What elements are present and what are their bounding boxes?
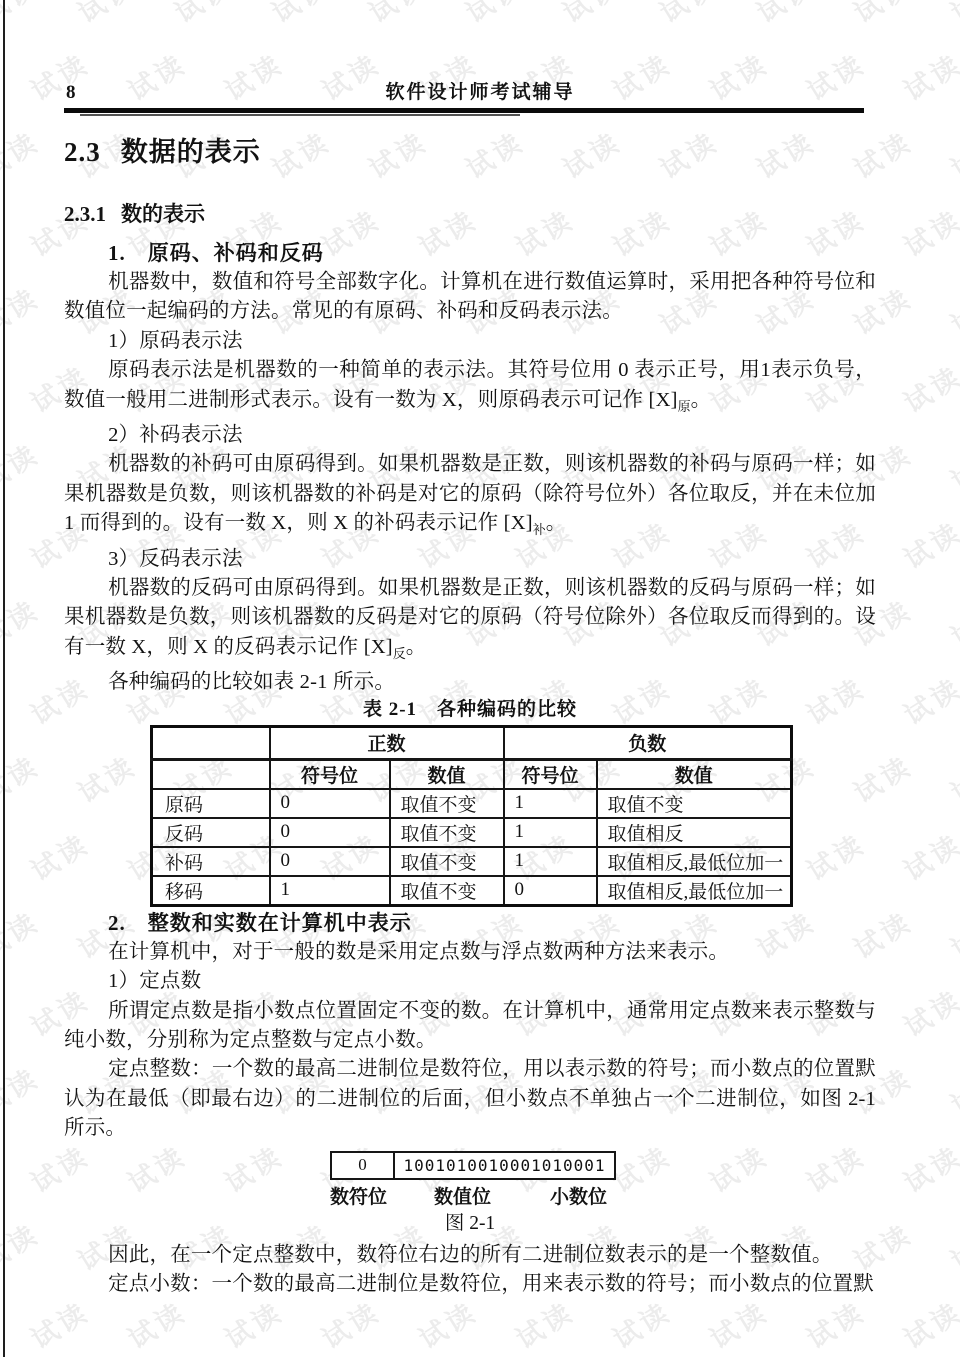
cell: 1 — [504, 789, 597, 818]
watermark: 试读 — [798, 1291, 871, 1357]
paragraph-fanma-text: 机器数的反码可由原码得到。如果机器数是正数，则该机器数的反码与原码一样；如果机器… — [64, 577, 876, 658]
table-column-header-row: 符号位 数值 符号位 数值 — [152, 759, 792, 789]
item-heading-1: 1. 原码、补码和反码 — [64, 241, 876, 265]
paragraph-fixed-float-intro: 在计算机中，对于一般的数是采用定点数与浮点数两种方法来表示。 — [64, 938, 876, 967]
watermark: 试读 — [895, 1291, 960, 1357]
paragraph-buma: 机器数的补码可由原码得到。如果机器数是正数，则该机器数的补码与原码一样；如果机器… — [64, 450, 876, 544]
cell: 取值不变 — [390, 847, 504, 876]
figure-2-1: 0 1001010010001010001 数符位 数值位 小数位 图 2-1 — [64, 1151, 876, 1235]
paragraph-yuanma: 原码表示法是机器数的一种简单的表示法。其符号位用 0 表示正号，用1表示负号，数… — [64, 356, 876, 421]
table-row-yuanma: 原码 0 取值不变 1 取值不变 — [152, 789, 792, 818]
cell: 0 — [504, 876, 597, 906]
cell: 0 — [270, 818, 390, 847]
list-item-yuanma: 1）原码表示法 — [64, 327, 876, 356]
watermark: 试读 — [410, 1291, 483, 1357]
document-page: 8 软件设计师考试辅导 2.3数据的表示 2.3.1数的表示 1. 原码、补码和… — [0, 0, 960, 1299]
subscript-bu: 补 — [533, 522, 546, 537]
label-value-bits: 数值位 — [434, 1182, 491, 1209]
paragraph-fanma-end: 。 — [406, 636, 427, 658]
col-header-sign-neg: 符号位 — [504, 759, 597, 789]
watermark: 试读 — [701, 1291, 774, 1357]
paragraph-yuanma-text: 原码表示法是机器数的一种简单的表示法。其符号位用 0 表示正号，用1表示负号，数… — [64, 359, 876, 410]
table-row-yima: 移码 1 取值不变 0 取值相反,最低位加一 — [152, 876, 792, 906]
list-item-buma: 2）补码表示法 — [64, 421, 876, 450]
table-caption: 表 2-1 各种编码的比较 — [64, 699, 876, 721]
subscript-yuan: 原 — [678, 399, 691, 414]
row-label: 移码 — [152, 876, 270, 906]
subsection-title: 数的表示 — [121, 202, 205, 226]
watermark: 试读 — [22, 1291, 95, 1357]
paragraph-fanma: 机器数的反码可由原码得到。如果机器数是正数，则该机器数的反码与原码一样；如果机器… — [64, 574, 876, 668]
table-corner-cell — [152, 726, 270, 759]
sign-bit-cell: 0 — [332, 1153, 395, 1178]
value-bits-cell: 1001010010001010001 — [395, 1153, 614, 1178]
page-number: 8 — [66, 82, 76, 104]
table-group-header-row: 正数 负数 — [152, 726, 792, 759]
cell: 0 — [270, 789, 390, 818]
running-head-title: 软件设计师考试辅导 — [0, 82, 960, 104]
table-row-fanma: 反码 0 取值不变 1 取值相反 — [152, 818, 792, 847]
cell: 取值相反 — [597, 818, 792, 847]
cell: 1 — [504, 818, 597, 847]
section-title: 数据的表示 — [121, 137, 261, 167]
paragraph-dingdian-zhengshu: 定点整数：一个数的最高二进制位是数符位，用以表示数的符号；而小数点的位置默认为在… — [64, 1055, 876, 1143]
cell: 取值不变 — [390, 789, 504, 818]
subscript-fan: 反 — [393, 646, 406, 661]
list-item-fanma: 3）反码表示法 — [64, 545, 876, 574]
encoding-comparison-table: 正数 负数 符号位 数值 符号位 数值 原码 0 取值不变 1 取值不变 — [150, 725, 793, 907]
paragraph-conclusion: 因此，在一个定点整数中，数符位右边的所有二进制位数表示的是一个整数值。 — [64, 1241, 876, 1270]
cell: 取值相反,最低位加一 — [597, 876, 792, 906]
paragraph-buma-text: 机器数的补码可由原码得到。如果机器数是正数，则该机器数的补码与原码一样；如果机器… — [64, 453, 876, 534]
watermark: 试读 — [604, 1291, 677, 1357]
cell: 1 — [270, 876, 390, 906]
item-heading-2: 2. 整数和实数在计算机中表示 — [64, 911, 876, 935]
subsection-heading: 2.3.1数的表示 — [64, 202, 876, 226]
cell: 0 — [270, 847, 390, 876]
label-decimal-place: 小数位 — [550, 1182, 607, 1209]
watermark: 试读 — [507, 1291, 580, 1357]
section-number: 2.3 — [64, 137, 101, 167]
header-rule — [64, 108, 864, 113]
watermark: 试读 — [119, 1291, 192, 1357]
watermark: 试读 — [216, 1291, 289, 1357]
row-label: 反码 — [152, 818, 270, 847]
col-header-value-neg: 数值 — [597, 759, 792, 789]
paragraph-table-ref: 各种编码的比较如表 2-1 所示。 — [64, 668, 876, 697]
col-header-sign-pos: 符号位 — [270, 759, 390, 789]
cell: 取值不变 — [597, 789, 792, 818]
page-header: 8 软件设计师考试辅导 — [0, 0, 960, 113]
cell: 取值相反,最低位加一 — [597, 847, 792, 876]
fixed-point-word-diagram: 0 1001010010001010001 — [330, 1151, 616, 1180]
group-header-negative: 负数 — [504, 726, 792, 759]
row-label: 补码 — [152, 847, 270, 876]
paragraph-dingdian-xiaoshu: 定点小数：一个数的最高二进制位是数符位，用来表示数的符号；而小数点的位置默 — [64, 1270, 876, 1299]
list-item-dingdianshu: 1）定点数 — [64, 967, 876, 996]
section-heading: 2.3数据的表示 — [64, 137, 876, 168]
paragraph-dingdianshu: 所谓定点数是指小数点位置固定不变的数。在计算机中，通常用定点数来表示整数与纯小数… — [64, 997, 876, 1056]
table-row-buma: 补码 0 取值不变 1 取值相反,最低位加一 — [152, 847, 792, 876]
subsection-number: 2.3.1 — [64, 202, 106, 226]
figure-caption: 图 2-1 — [64, 1212, 876, 1235]
page-content: 2.3数据的表示 2.3.1数的表示 1. 原码、补码和反码 机器数中，数值和符… — [64, 137, 876, 1299]
figure-labels: 数符位 数值位 小数位 — [330, 1182, 616, 1206]
paragraph-yuanma-end: 。 — [691, 389, 712, 411]
paragraph-codes-intro: 机器数中，数值和符号全部数字化。计算机在进行数值运算时，采用把各种符号位和数值位… — [64, 268, 876, 327]
cell: 取值不变 — [390, 876, 504, 906]
cell: 1 — [504, 847, 597, 876]
row-label: 原码 — [152, 789, 270, 818]
cell: 取值不变 — [390, 818, 504, 847]
watermark: 试读 — [313, 1291, 386, 1357]
group-header-positive: 正数 — [270, 726, 504, 759]
col-header-value-pos: 数值 — [390, 759, 504, 789]
label-sign-bit: 数符位 — [330, 1182, 387, 1209]
table-corner-cell-2 — [152, 759, 270, 789]
paragraph-buma-end: 。 — [546, 512, 567, 534]
